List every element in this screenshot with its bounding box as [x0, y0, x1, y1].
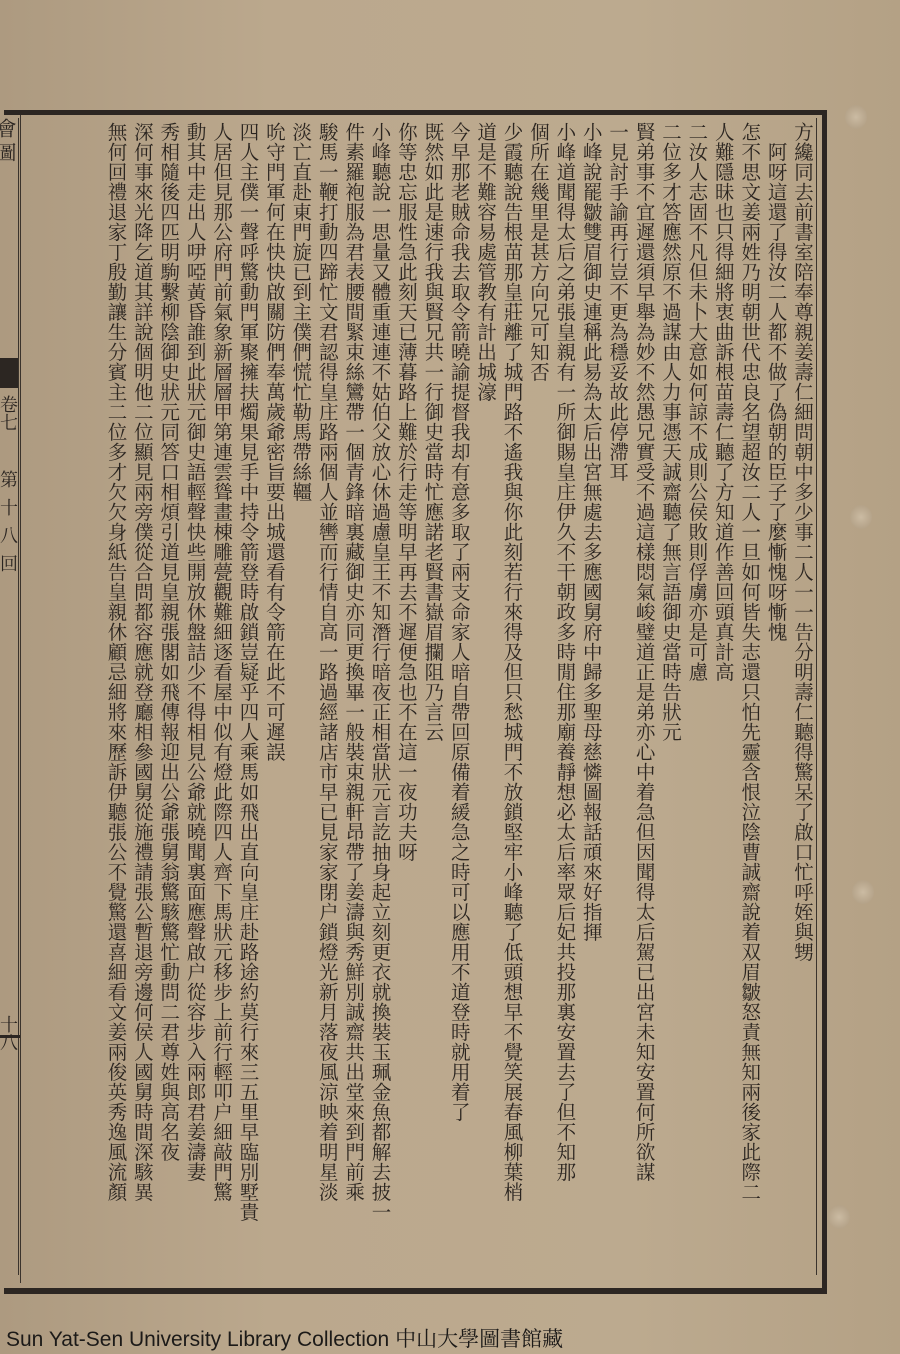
- text-column: 少霞聽說告根苗那皇莊離了城門路不遙我與你此刻若行來得及但只愁城門不放鎖堅牢小峰聽…: [498, 122, 524, 1272]
- text-column: 人難隱昧也只得細將衷曲訴根苗壽仁聽了方知道作善回頭真計高: [709, 122, 735, 1272]
- text-column: 吮守門軍何在快快啟關防們奉萬歲爺密旨要出城還看有令箭在此不可遲誤: [260, 122, 286, 1272]
- text-column: 阿呀這還了得汝二人都不做了偽朝的臣子了麼慚愧呀慚愧: [762, 122, 788, 1272]
- text-column: 秀相隨後四匹明駒繫柳陰御史狀元同答口相煩引道見皇親張閣如飛傳報迎出公爺張舅翁驚駭…: [155, 122, 181, 1272]
- margin-volume: 卷七: [0, 395, 20, 431]
- text-column: 道是不難容易處管教有計出城濠: [472, 122, 498, 1272]
- text-column: 件素羅袍服為君表腰間緊束絲鸞帶一個青鋒暗裏藏御史亦同更換畢一般裝束親軒昂帶了姜濤…: [340, 122, 366, 1272]
- margin-chapter: 第十八回: [0, 470, 20, 582]
- fish-tail-mark: [0, 358, 18, 388]
- text-column: 淡亡直赴東門旋已到主僕們慌忙勒馬帶絲韁: [287, 122, 313, 1272]
- scanned-book-page: 會圖 卷七 第十八回 十八 方纔同去前書室陪奉尊親姜壽仁細問朝中多少事二人一一告…: [0, 0, 900, 1354]
- margin-book-title: 會圖: [0, 118, 20, 166]
- text-column: 駿馬一鞭打動四蹄忙文君認得皇庄路兩個人並轡而行情自高一路過經諸店市早已見家家閉户…: [313, 122, 339, 1272]
- paper-blemish: [850, 505, 872, 529]
- text-column: 四人主僕一聲呼驚動門軍聚擁扶燭果見手中持令箭登時啟鎖豈疑乎四人乘馬如飛出直向皇庄…: [234, 122, 260, 1272]
- text-column: 小峰聽說一思量又體重連連不姑伯父放心休過慮皇王不知潛行暗夜正相當狀元言訖抽身起立…: [366, 122, 392, 1272]
- text-column: 小峰道聞得太后之弟張皇親有一所御賜皇庄伊久不干朝政多時閒住那廟養靜想必太后率眾后…: [551, 122, 577, 1272]
- text-column: 個所在幾里是甚方向兄可知否: [525, 122, 551, 1272]
- text-column: 一見討手諭再行豈不更為穩妥故此停滯耳: [604, 122, 630, 1272]
- paper-blemish: [828, 1205, 850, 1229]
- vertical-text-body: 方纔同去前書室陪奉尊親姜壽仁細問朝中多少事二人一一告分明壽仁聽得驚呆了啟口忙呼姪…: [22, 122, 815, 1272]
- block-heart-margin: [0, 115, 21, 1283]
- text-column: 二位多才答應然原不過謀由人力事憑天誠齋聽了無言語御史當時告狀元: [657, 122, 683, 1272]
- text-column: 賢弟事不宜遲還須早舉為妙不然愚兄實受不過這樣悶氣峻璧道正是弟亦心中着急但因聞得太…: [630, 122, 656, 1272]
- text-column: 人居但見那公府門前氣象新層層甲第連雲聳畫棟雕甍觀難細逐看屋中似有燈此際四人齊下馬…: [208, 122, 234, 1272]
- text-column: 今早那老賊命我去取令箭曉諭提督我却有意多取了兩支命家人暗自帶回原備着緩急之時可以…: [445, 122, 471, 1272]
- paper-blemish: [852, 880, 874, 904]
- text-column: 怎不思文姜兩姓乃明朝世代忠良名望超汝二人一旦如何皆失志還只怕先靈含恨泣陰曹誠齋說…: [736, 122, 762, 1272]
- text-column: 小峰說罷皺雙眉御史連稱此易為太后出宮無處去多應國舅府中歸多聖母慈憐圖報話頑來好指…: [577, 122, 603, 1272]
- text-column: 二汝人志固不凡但未卜大意如何諒不成則公侯敗則俘虜亦是可慮: [683, 122, 709, 1272]
- margin-page-number: 十八: [0, 1015, 20, 1051]
- text-column: 既然如此是速行我與賢兄共一行御史當時忙應諾老賢書嶽眉攔阻乃言云: [419, 122, 445, 1272]
- library-watermark: Sun Yat-Sen University Library Collectio…: [6, 1323, 563, 1353]
- text-column: 動其中走出人吚啞黃昏誰到此狀元御史語輕聲快些開放休盤詰少不得相見公爺就曉聞裏面應…: [181, 122, 207, 1272]
- text-column: 深何事來光降乞道其詳說個明他二位顯見兩旁僕從合問都容應就登廳相參國舅從施禮請張公…: [128, 122, 154, 1272]
- text-column: 方纔同去前書室陪奉尊親姜壽仁細問朝中多少事二人一一告分明壽仁聽得驚呆了啟口忙呼姪…: [789, 122, 815, 1272]
- text-column: 你等忠忘服性急此刻天已薄暮路上難於行走等明早再去不遲便急也不在這一夜功夫呀: [393, 122, 419, 1272]
- text-column: 無何回禮退家丁殷勤讓生分賓主二位多才欠欠身紙告皇親休顧忌細將來歷訴伊聽張公不覺驚…: [102, 122, 128, 1272]
- paper-blemish: [845, 105, 867, 129]
